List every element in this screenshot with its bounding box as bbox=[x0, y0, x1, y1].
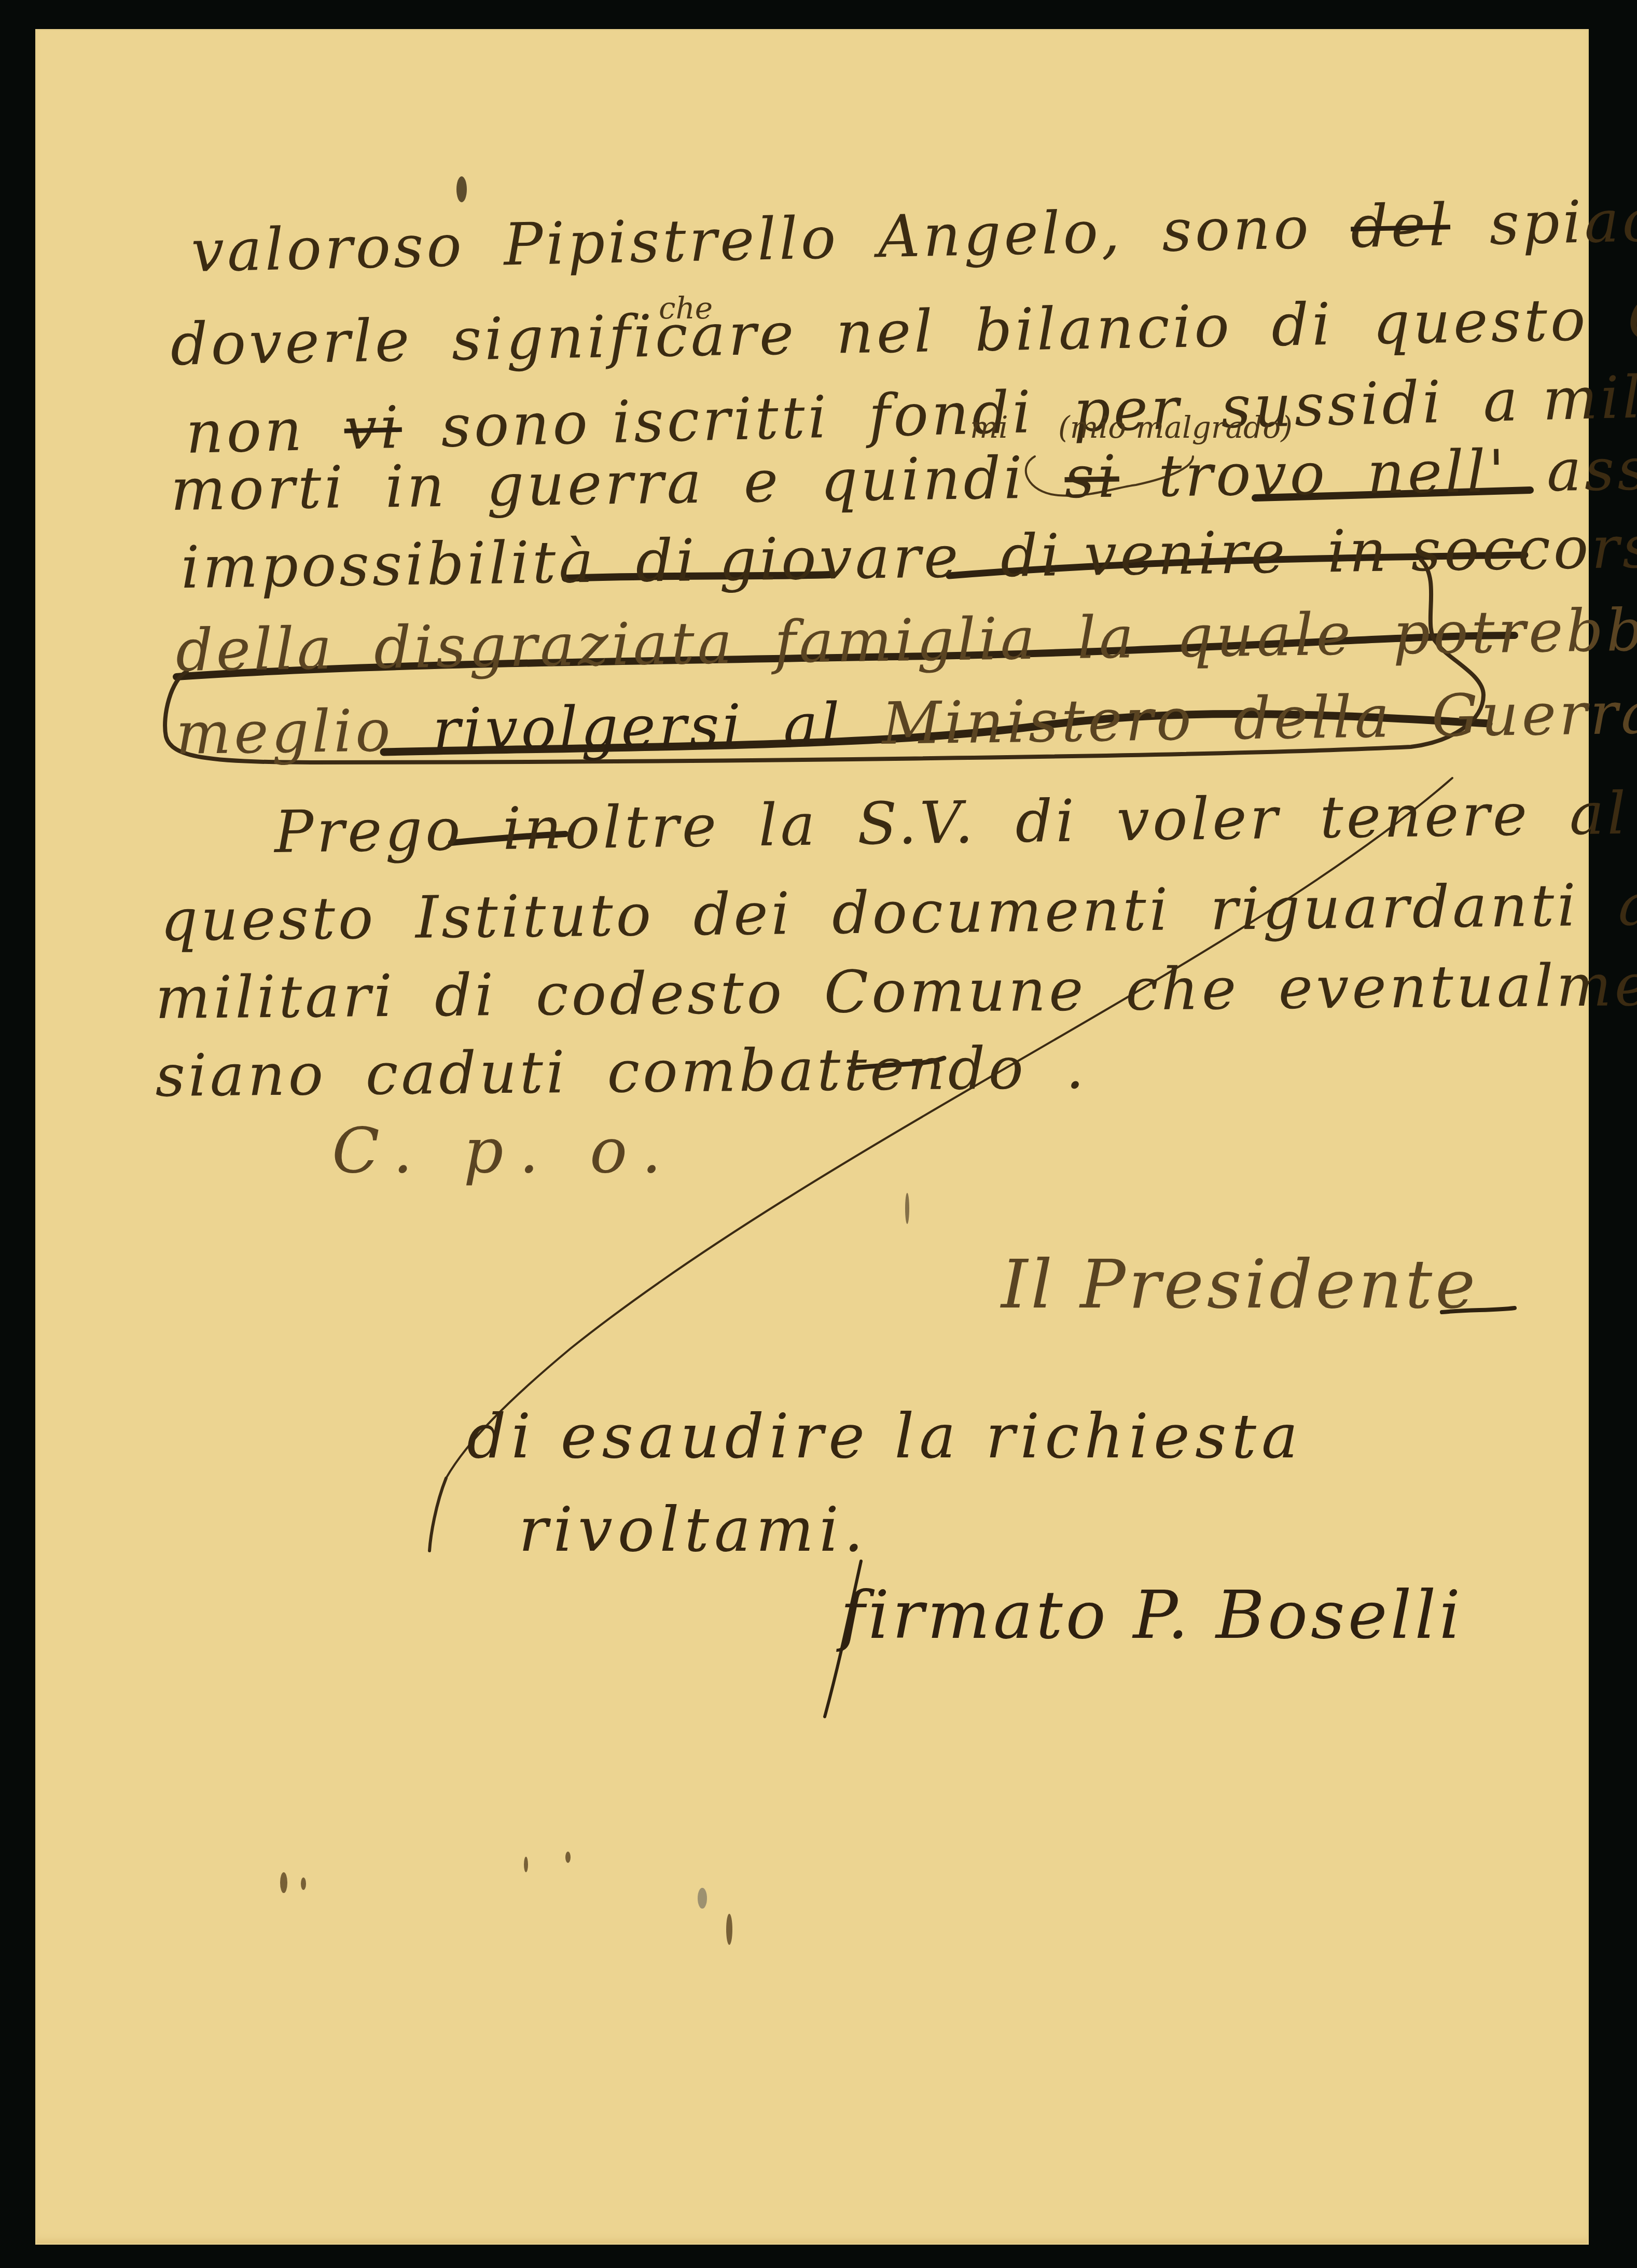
letter-sheet bbox=[35, 29, 1589, 2245]
